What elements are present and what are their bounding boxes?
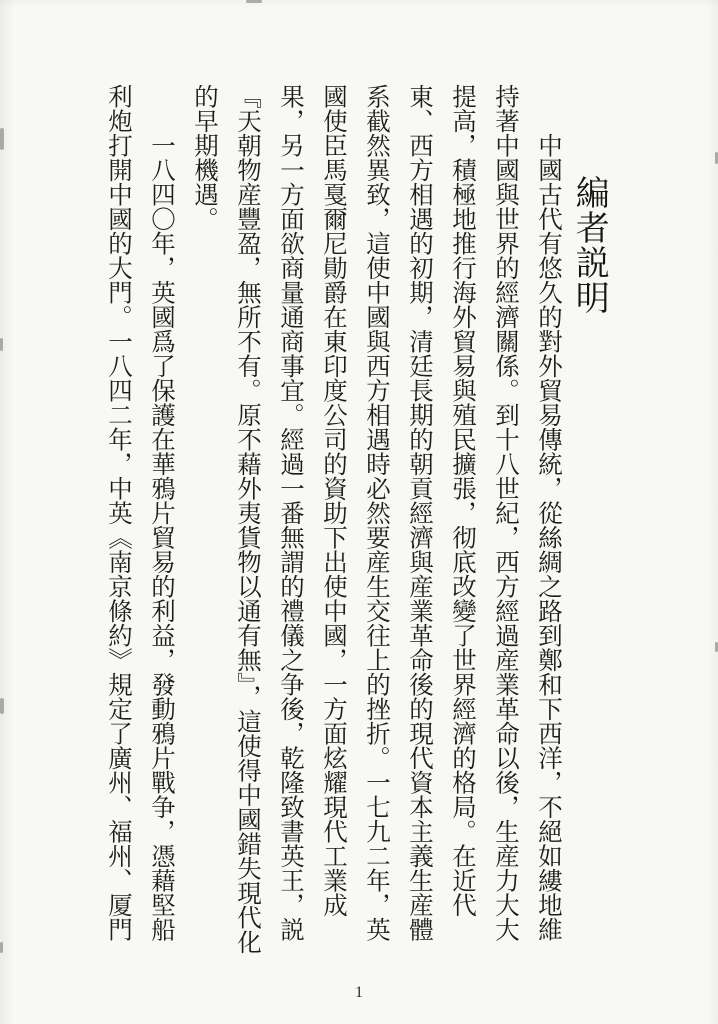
scan-artifact [246, 0, 262, 3]
body-text: 中國古代有悠久的對外貿易傳統，從絲綢之路到鄭和下西洋，不絕如縷地維持著中國與世界… [97, 84, 570, 958]
body-paragraph: 中國古代有悠久的對外貿易傳統，從絲綢之路到鄭和下西洋，不絕如縷地維持著中國與世界… [183, 84, 570, 958]
scan-artifact [0, 942, 3, 953]
page-number: 1 [0, 984, 718, 1002]
scanned-book-page: 編者説明 中國古代有悠久的對外貿易傳統，從絲綢之路到鄭和下西洋，不絕如縷地維持著… [0, 0, 718, 1024]
body-paragraph: 一八四〇年，英國爲了保護在華鴉片貿易的利益，發動鴉片戰争，憑藉堅船利炮打開中國的… [97, 84, 183, 958]
scan-artifact [0, 338, 3, 351]
scan-artifact [0, 128, 4, 150]
page-title: 編者説明 [565, 175, 611, 315]
scan-artifact [0, 698, 4, 714]
